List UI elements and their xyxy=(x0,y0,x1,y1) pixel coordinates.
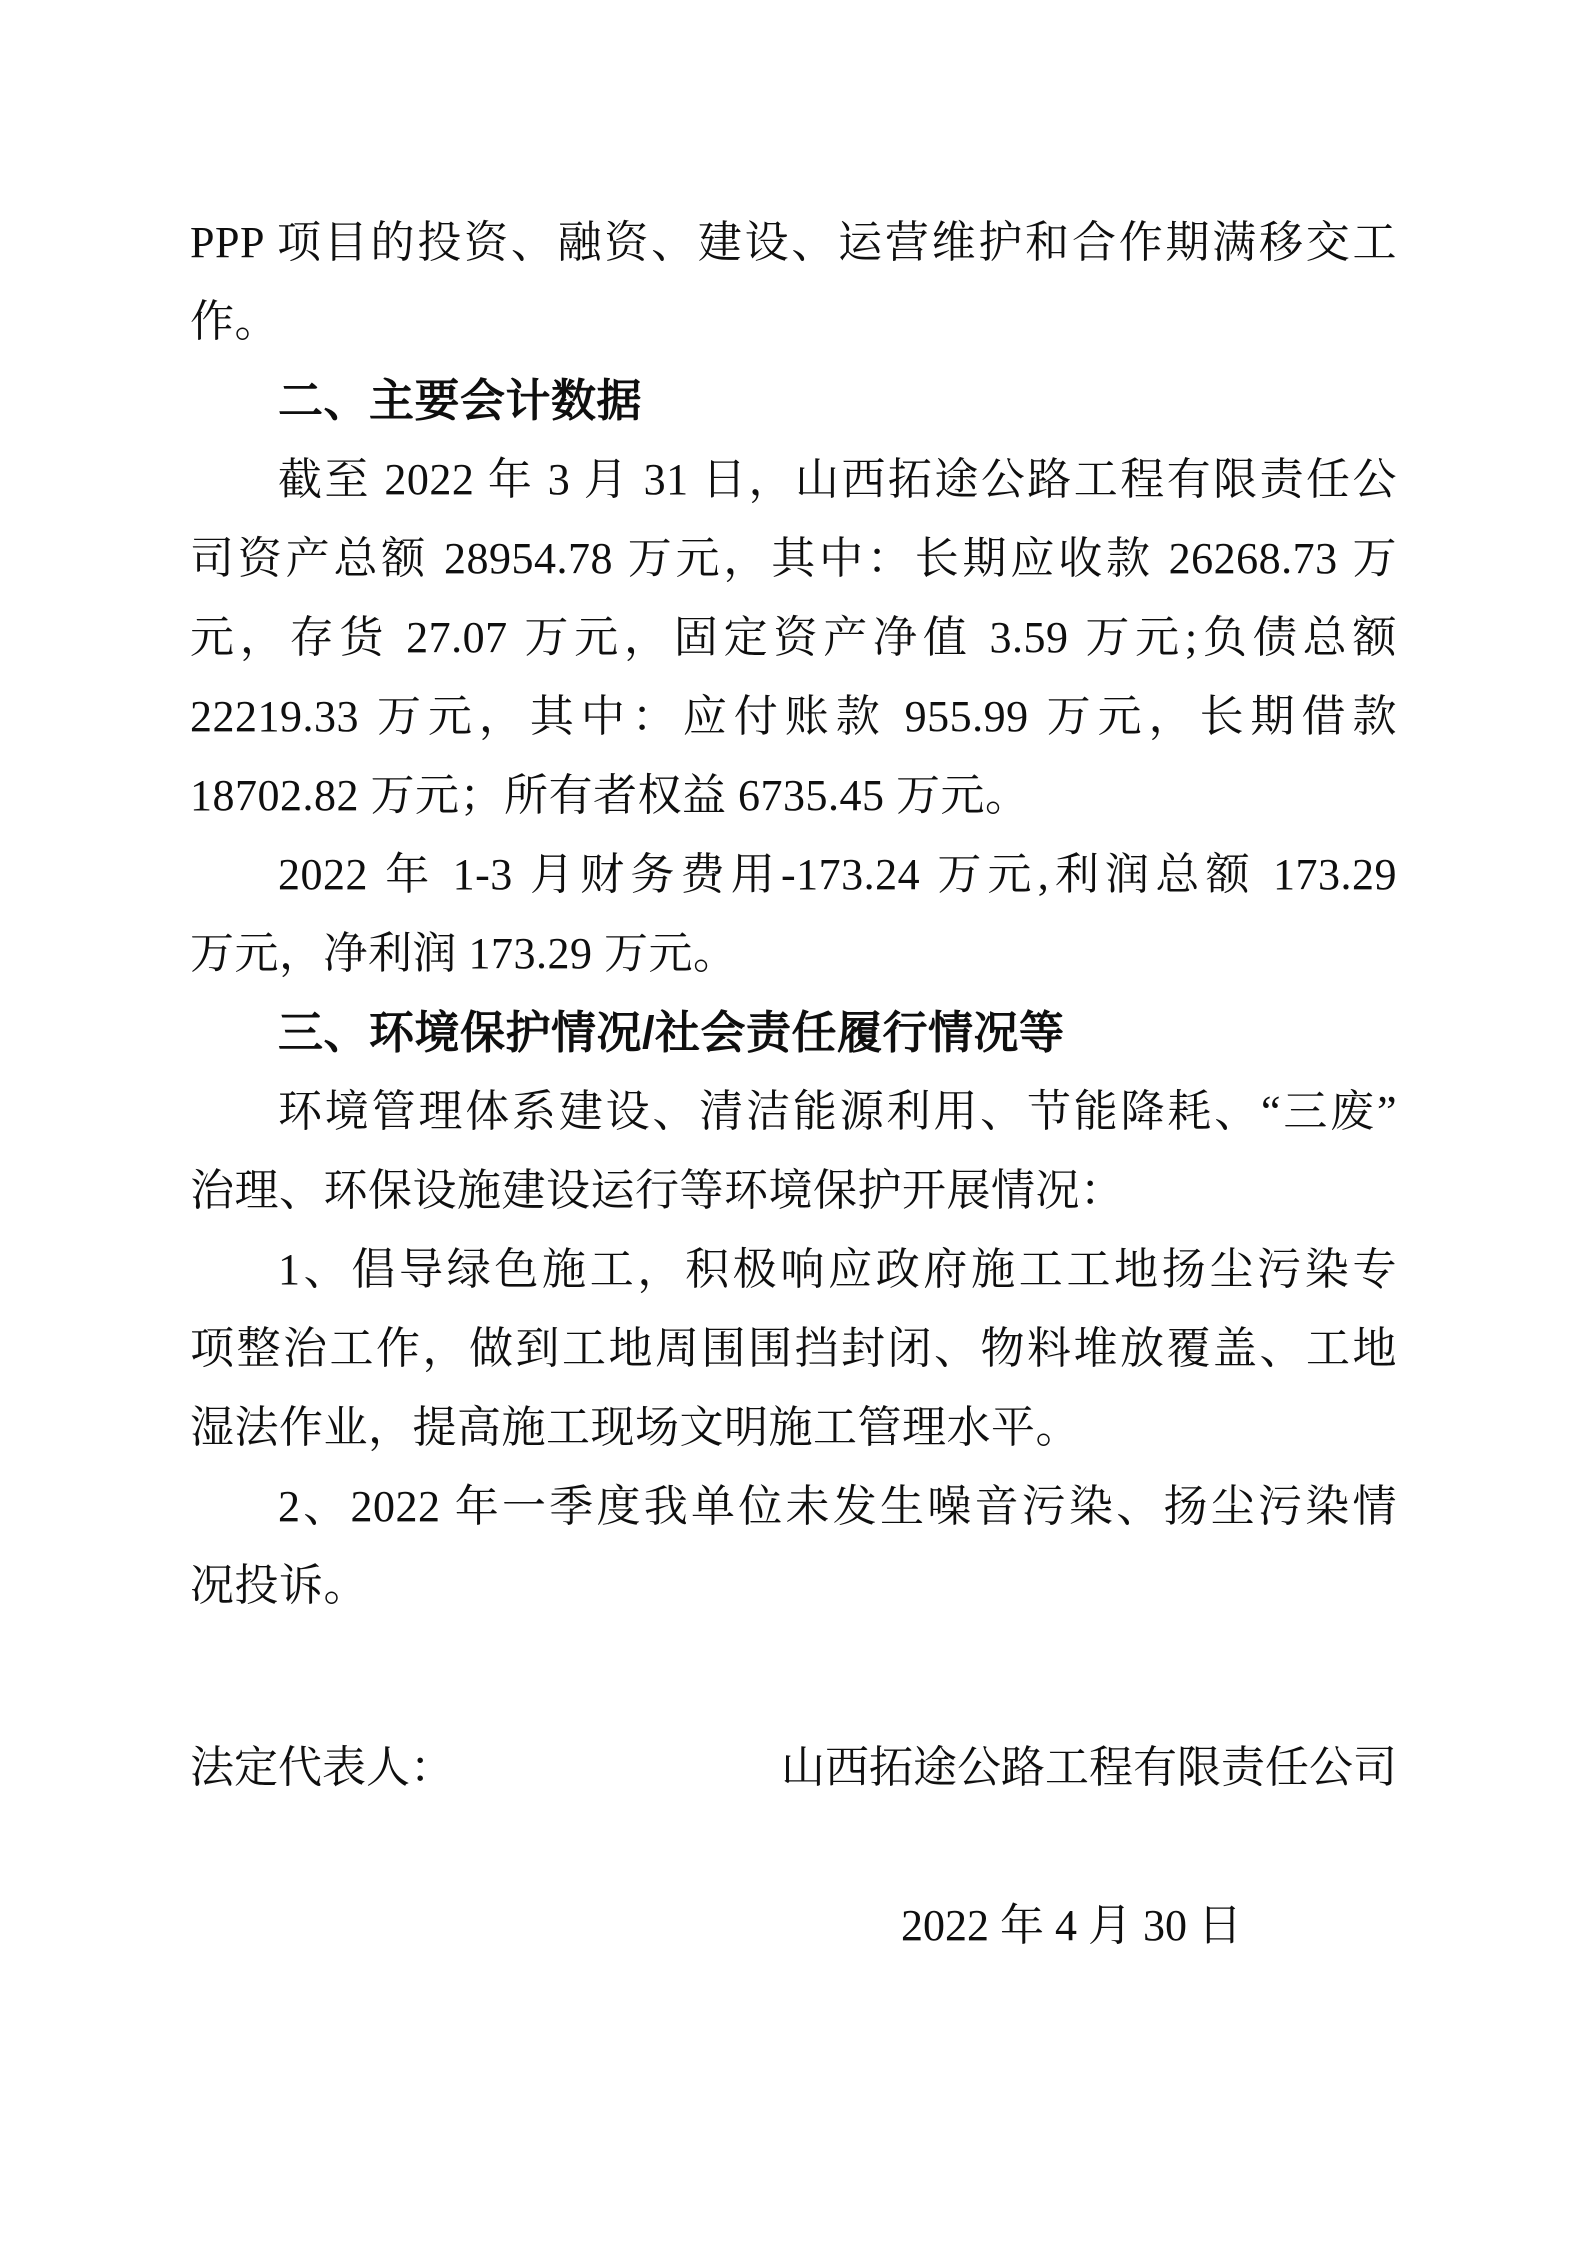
legal-representative-label: 法定代表人： xyxy=(190,1728,454,1807)
document-page: PPP 项目的投资、融资、建设、运营维护和合作期满移交工 作。 二、主要会计数据… xyxy=(0,0,1587,2245)
blank-space xyxy=(190,1625,1397,1728)
paragraph-line: 湿法作业，提高施工现场文明施工管理水平。 xyxy=(190,1388,1397,1467)
paragraph-line: 治理、环保设施建设运行等环境保护开展情况： xyxy=(190,1151,1397,1230)
paragraph-line: 截至 2022 年 3 月 31 日，山西拓途公路工程有限责任公 xyxy=(190,440,1397,519)
blank-space xyxy=(190,1807,1397,1886)
company-name: 山西拓途公路工程有限责任公司 xyxy=(781,1728,1397,1807)
paragraph-line: 作。 xyxy=(190,282,1397,361)
paragraph-line: 司资产总额 28954.78 万元，其中：长期应收款 26268.73 万 xyxy=(190,519,1397,598)
paragraph-line: 2、2022 年一季度我单位未发生噪音污染、扬尘污染情 xyxy=(190,1467,1397,1546)
signature-row: 法定代表人： 山西拓途公路工程有限责任公司 xyxy=(190,1728,1397,1807)
paragraph-line: PPP 项目的投资、融资、建设、运营维护和合作期满移交工 xyxy=(190,203,1397,282)
report-date: 2022 年 4 月 30 日 xyxy=(190,1886,1397,1965)
paragraph-line: 项整治工作，做到工地周围围挡封闭、物料堆放覆盖、工地 xyxy=(190,1309,1397,1388)
paragraph-line: 元，存货 27.07 万元，固定资产净值 3.59 万元;负债总额 xyxy=(190,598,1397,677)
paragraph-line: 1、倡导绿色施工，积极响应政府施工工地扬尘污染专 xyxy=(190,1230,1397,1309)
paragraph-line: 万元，净利润 173.29 万元。 xyxy=(190,914,1397,993)
section-heading-3: 三、环境保护情况/社会责任履行情况等 xyxy=(190,993,1397,1072)
section-heading-2: 二、主要会计数据 xyxy=(190,361,1397,440)
paragraph-line: 22219.33 万元，其中：应付账款 955.99 万元，长期借款 xyxy=(190,677,1397,756)
paragraph-line: 况投诉。 xyxy=(190,1546,1397,1625)
paragraph-line: 环境管理体系建设、清洁能源利用、节能降耗、“三废” xyxy=(190,1072,1397,1151)
paragraph-line: 18702.82 万元；所有者权益 6735.45 万元。 xyxy=(190,756,1397,835)
paragraph-line: 2022 年 1-3 月财务费用-173.24 万元,利润总额 173.29 xyxy=(190,835,1397,914)
